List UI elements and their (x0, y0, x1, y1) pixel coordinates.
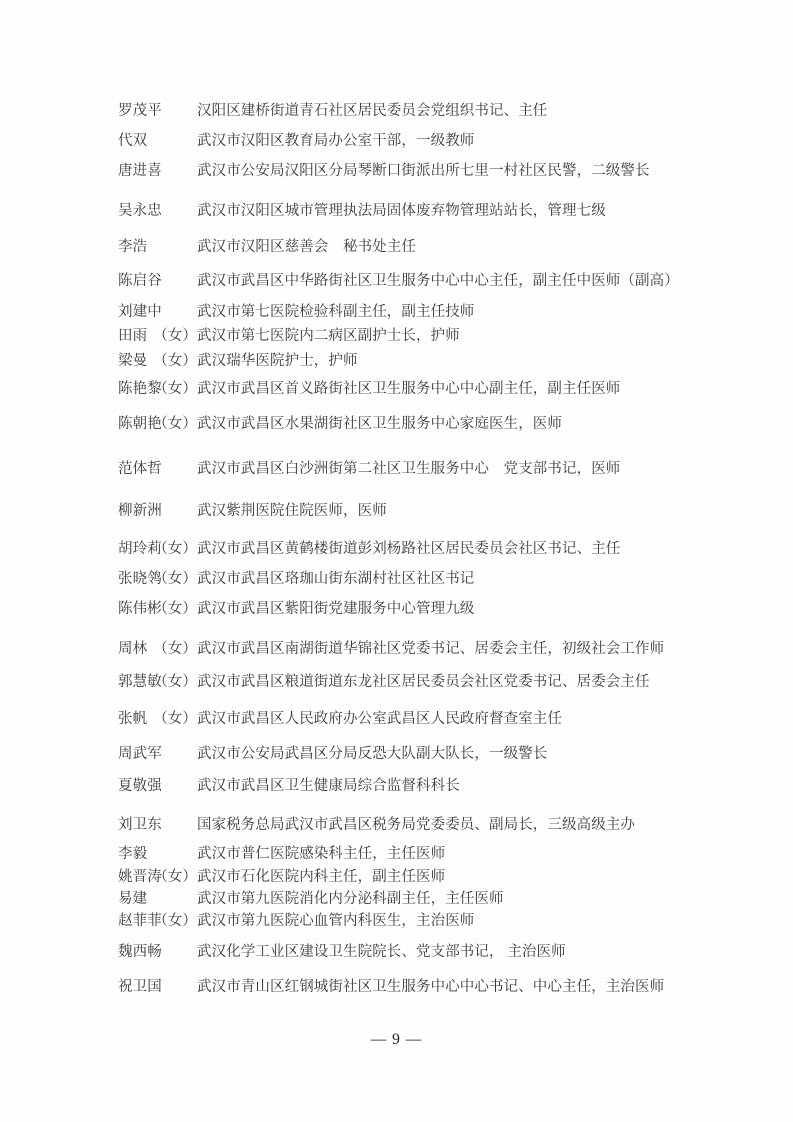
gender-marker: （女） (118, 869, 197, 886)
position-desc: 武汉市武昌区紫阳街党建服务中心管理九级 (197, 601, 474, 617)
roster-row: 姚晋涛 （女） 武汉市石化医院内科主任，副主任医师 (118, 869, 763, 886)
person-name: 易建 (118, 891, 147, 908)
roster-row: 刘卫东 国家税务总局武汉市武昌区税务局党委委员、副局长，三级高级主办 (118, 817, 763, 834)
roster-row: 范体哲 武汉市武昌区白沙洲街第二社区卫生服务中心 党支部书记，医师 (118, 461, 763, 478)
position-desc: 武汉市武昌区人民政府办公室武昌区人民政府督查室主任 (197, 711, 562, 727)
position-desc: 武汉市武昌区黄鹤楼街道彭刘杨路社区居民委员会社区书记、主任 (197, 541, 620, 557)
roster-row: 梁曼 （女） 武汉瑞华医院护士，护师 (118, 353, 763, 370)
roster-row: 周武军 武汉市公安局武昌区分局反恐大队副大队长，一级警长 (118, 746, 763, 763)
gender-marker: （女） (118, 381, 197, 398)
roster-row: 陈启谷 武汉市武昌区中华路街社区卫生服务中心中心主任，副主任中医师（副高） (118, 273, 763, 290)
document-page: 罗茂平 汉阳区建桥街道青石社区居民委员会党组织书记、主任 代双 武汉市汉阳区教育… (0, 0, 793, 1122)
position-desc: 武汉市汉阳区教育局办公室干部，一级教师 (197, 133, 474, 149)
position-desc: 武汉市第九医院消化内分泌科副主任，主任医师 (197, 891, 504, 907)
roster-row: 魏西畅 武汉化学工业区建设卫生院院长、党支部书记， 主治医师 (118, 944, 763, 961)
position-desc: 武汉市武昌区白沙洲街第二社区卫生服务中心 党支部书记，医师 (197, 461, 620, 477)
position-desc: 武汉市石化医院内科主任，副主任医师 (197, 869, 445, 885)
position-desc: 武汉市第七医院内二病区副护士长，护师 (197, 328, 460, 344)
person-name: 周武军 (118, 746, 162, 763)
person-name: 罗茂平 (118, 103, 162, 120)
position-desc: 武汉瑞华医院护士，护师 (197, 353, 358, 369)
position-desc: 国家税务总局武汉市武昌区税务局党委委员、副局长，三级高级主办 (197, 817, 635, 833)
person-name: 柳新洲 (118, 503, 162, 520)
position-desc: 武汉市汉阳区城市管理执法局固体废弃物管理站站长，管理七级 (197, 203, 606, 219)
gender-marker: （女） (118, 353, 197, 370)
roster-row: 张晓鸰 （女） 武汉市武昌区珞珈山街东湖村社区社区书记 (118, 571, 763, 588)
roster-row: 郭慧敏 （女） 武汉市武昌区粮道街道东龙社区居民委员会社区党委书记、居委会主任 (118, 674, 763, 691)
roster-row: 胡玲莉 （女） 武汉市武昌区黄鹤楼街道彭刘杨路社区居民委员会社区书记、主任 (118, 541, 763, 558)
roster-row: 陈伟彬 （女） 武汉市武昌区紫阳街党建服务中心管理九级 (118, 601, 763, 618)
gender-marker: （女） (118, 711, 197, 728)
person-name: 唐进喜 (118, 163, 162, 180)
person-name: 刘卫东 (118, 817, 162, 834)
gender-marker: （女） (118, 913, 197, 930)
person-name: 陈启谷 (118, 273, 162, 290)
gender-marker: （女） (118, 541, 197, 558)
gender-marker: （女） (118, 641, 197, 658)
position-desc: 武汉市武昌区中华路街社区卫生服务中心中心主任，副主任中医师（副高） (197, 273, 679, 289)
roster-row: 代双 武汉市汉阳区教育局办公室干部，一级教师 (118, 133, 763, 150)
person-name: 范体哲 (118, 461, 162, 478)
roster-row: 陈艳黎 （女） 武汉市武昌区首义路街社区卫生服务中心中心副主任，副主任医师 (118, 381, 763, 398)
person-name: 夏敬强 (118, 778, 162, 795)
position-desc: 武汉市汉阳区慈善会 秘书处主任 (197, 239, 416, 255)
roster-row: 李毅 武汉市普仁医院感染科主任，主任医师 (118, 846, 763, 863)
position-desc: 武汉市普仁医院感染科主任，主任医师 (197, 846, 445, 862)
position-desc: 武汉紫荆医院住院医师，医师 (197, 503, 387, 519)
person-name: 李浩 (118, 239, 147, 256)
position-desc: 武汉化学工业区建设卫生院院长、党支部书记， 主治医师 (197, 944, 566, 960)
roster-row: 唐进喜 武汉市公安局汉阳区分局琴断口街派出所七里一村社区民警，二级警长 (118, 163, 763, 180)
person-name: 李毅 (118, 846, 147, 863)
person-name: 代双 (118, 133, 147, 150)
gender-marker: （女） (118, 674, 197, 691)
position-desc: 武汉市第九医院心血管内科医生，主治医师 (197, 913, 474, 929)
position-desc: 武汉市公安局武昌区分局反恐大队副大队长，一级警长 (197, 746, 547, 762)
position-desc: 武汉市武昌区南湖街道华锦社区党委书记、居委会主任，初级社会工作师 (197, 641, 664, 657)
roster-row: 田雨 （女） 武汉市第七医院内二病区副护士长，护师 (118, 328, 763, 345)
gender-marker: （女） (118, 328, 197, 345)
position-desc: 武汉市武昌区卫生健康局综合监督科科长 (197, 778, 460, 794)
roster-row: 刘建中 武汉市第七医院检验科副主任，副主任技师 (118, 304, 763, 321)
gender-marker: （女） (118, 416, 197, 433)
position-desc: 武汉市公安局汉阳区分局琴断口街派出所七里一村社区民警，二级警长 (197, 163, 650, 179)
roster-row: 夏敬强 武汉市武昌区卫生健康局综合监督科科长 (118, 778, 763, 795)
roster-row: 李浩 武汉市汉阳区慈善会 秘书处主任 (118, 239, 763, 256)
roster-row: 张帆 （女） 武汉市武昌区人民政府办公室武昌区人民政府督查室主任 (118, 711, 763, 728)
position-desc: 武汉市武昌区水果湖街社区卫生服务中心家庭医生，医师 (197, 416, 562, 432)
roster-row: 吴永忠 武汉市汉阳区城市管理执法局固体废弃物管理站站长，管理七级 (118, 203, 763, 220)
gender-marker: （女） (118, 601, 197, 618)
roster-row: 祝卫国 武汉市青山区红钢城街社区卫生服务中心中心书记、中心主任，主治医师 (118, 979, 763, 996)
page-number: — 9 — (0, 1031, 793, 1049)
position-desc: 武汉市第七医院检验科副主任，副主任技师 (197, 304, 474, 320)
roster-row: 柳新洲 武汉紫荆医院住院医师，医师 (118, 503, 763, 520)
person-name: 刘建中 (118, 304, 162, 321)
roster-row: 易建 武汉市第九医院消化内分泌科副主任，主任医师 (118, 891, 763, 908)
person-name: 吴永忠 (118, 203, 162, 220)
position-desc: 汉阳区建桥街道青石社区居民委员会党组织书记、主任 (197, 103, 547, 119)
roster-row: 赵菲菲 （女） 武汉市第九医院心血管内科医生，主治医师 (118, 913, 763, 930)
person-name: 祝卫国 (118, 979, 162, 996)
person-name: 魏西畅 (118, 944, 162, 961)
position-desc: 武汉市武昌区首义路街社区卫生服务中心中心副主任，副主任医师 (197, 381, 620, 397)
position-desc: 武汉市武昌区粮道街道东龙社区居民委员会社区党委书记、居委会主任 (197, 674, 650, 690)
position-desc: 武汉市武昌区珞珈山街东湖村社区社区书记 (197, 571, 474, 587)
roster-row: 陈朝艳 （女） 武汉市武昌区水果湖街社区卫生服务中心家庭医生，医师 (118, 416, 763, 433)
roster-row: 罗茂平 汉阳区建桥街道青石社区居民委员会党组织书记、主任 (118, 103, 763, 120)
gender-marker: （女） (118, 571, 197, 588)
position-desc: 武汉市青山区红钢城街社区卫生服务中心中心书记、中心主任，主治医师 (197, 979, 664, 995)
roster-row: 周林 （女） 武汉市武昌区南湖街道华锦社区党委书记、居委会主任，初级社会工作师 (118, 641, 763, 658)
